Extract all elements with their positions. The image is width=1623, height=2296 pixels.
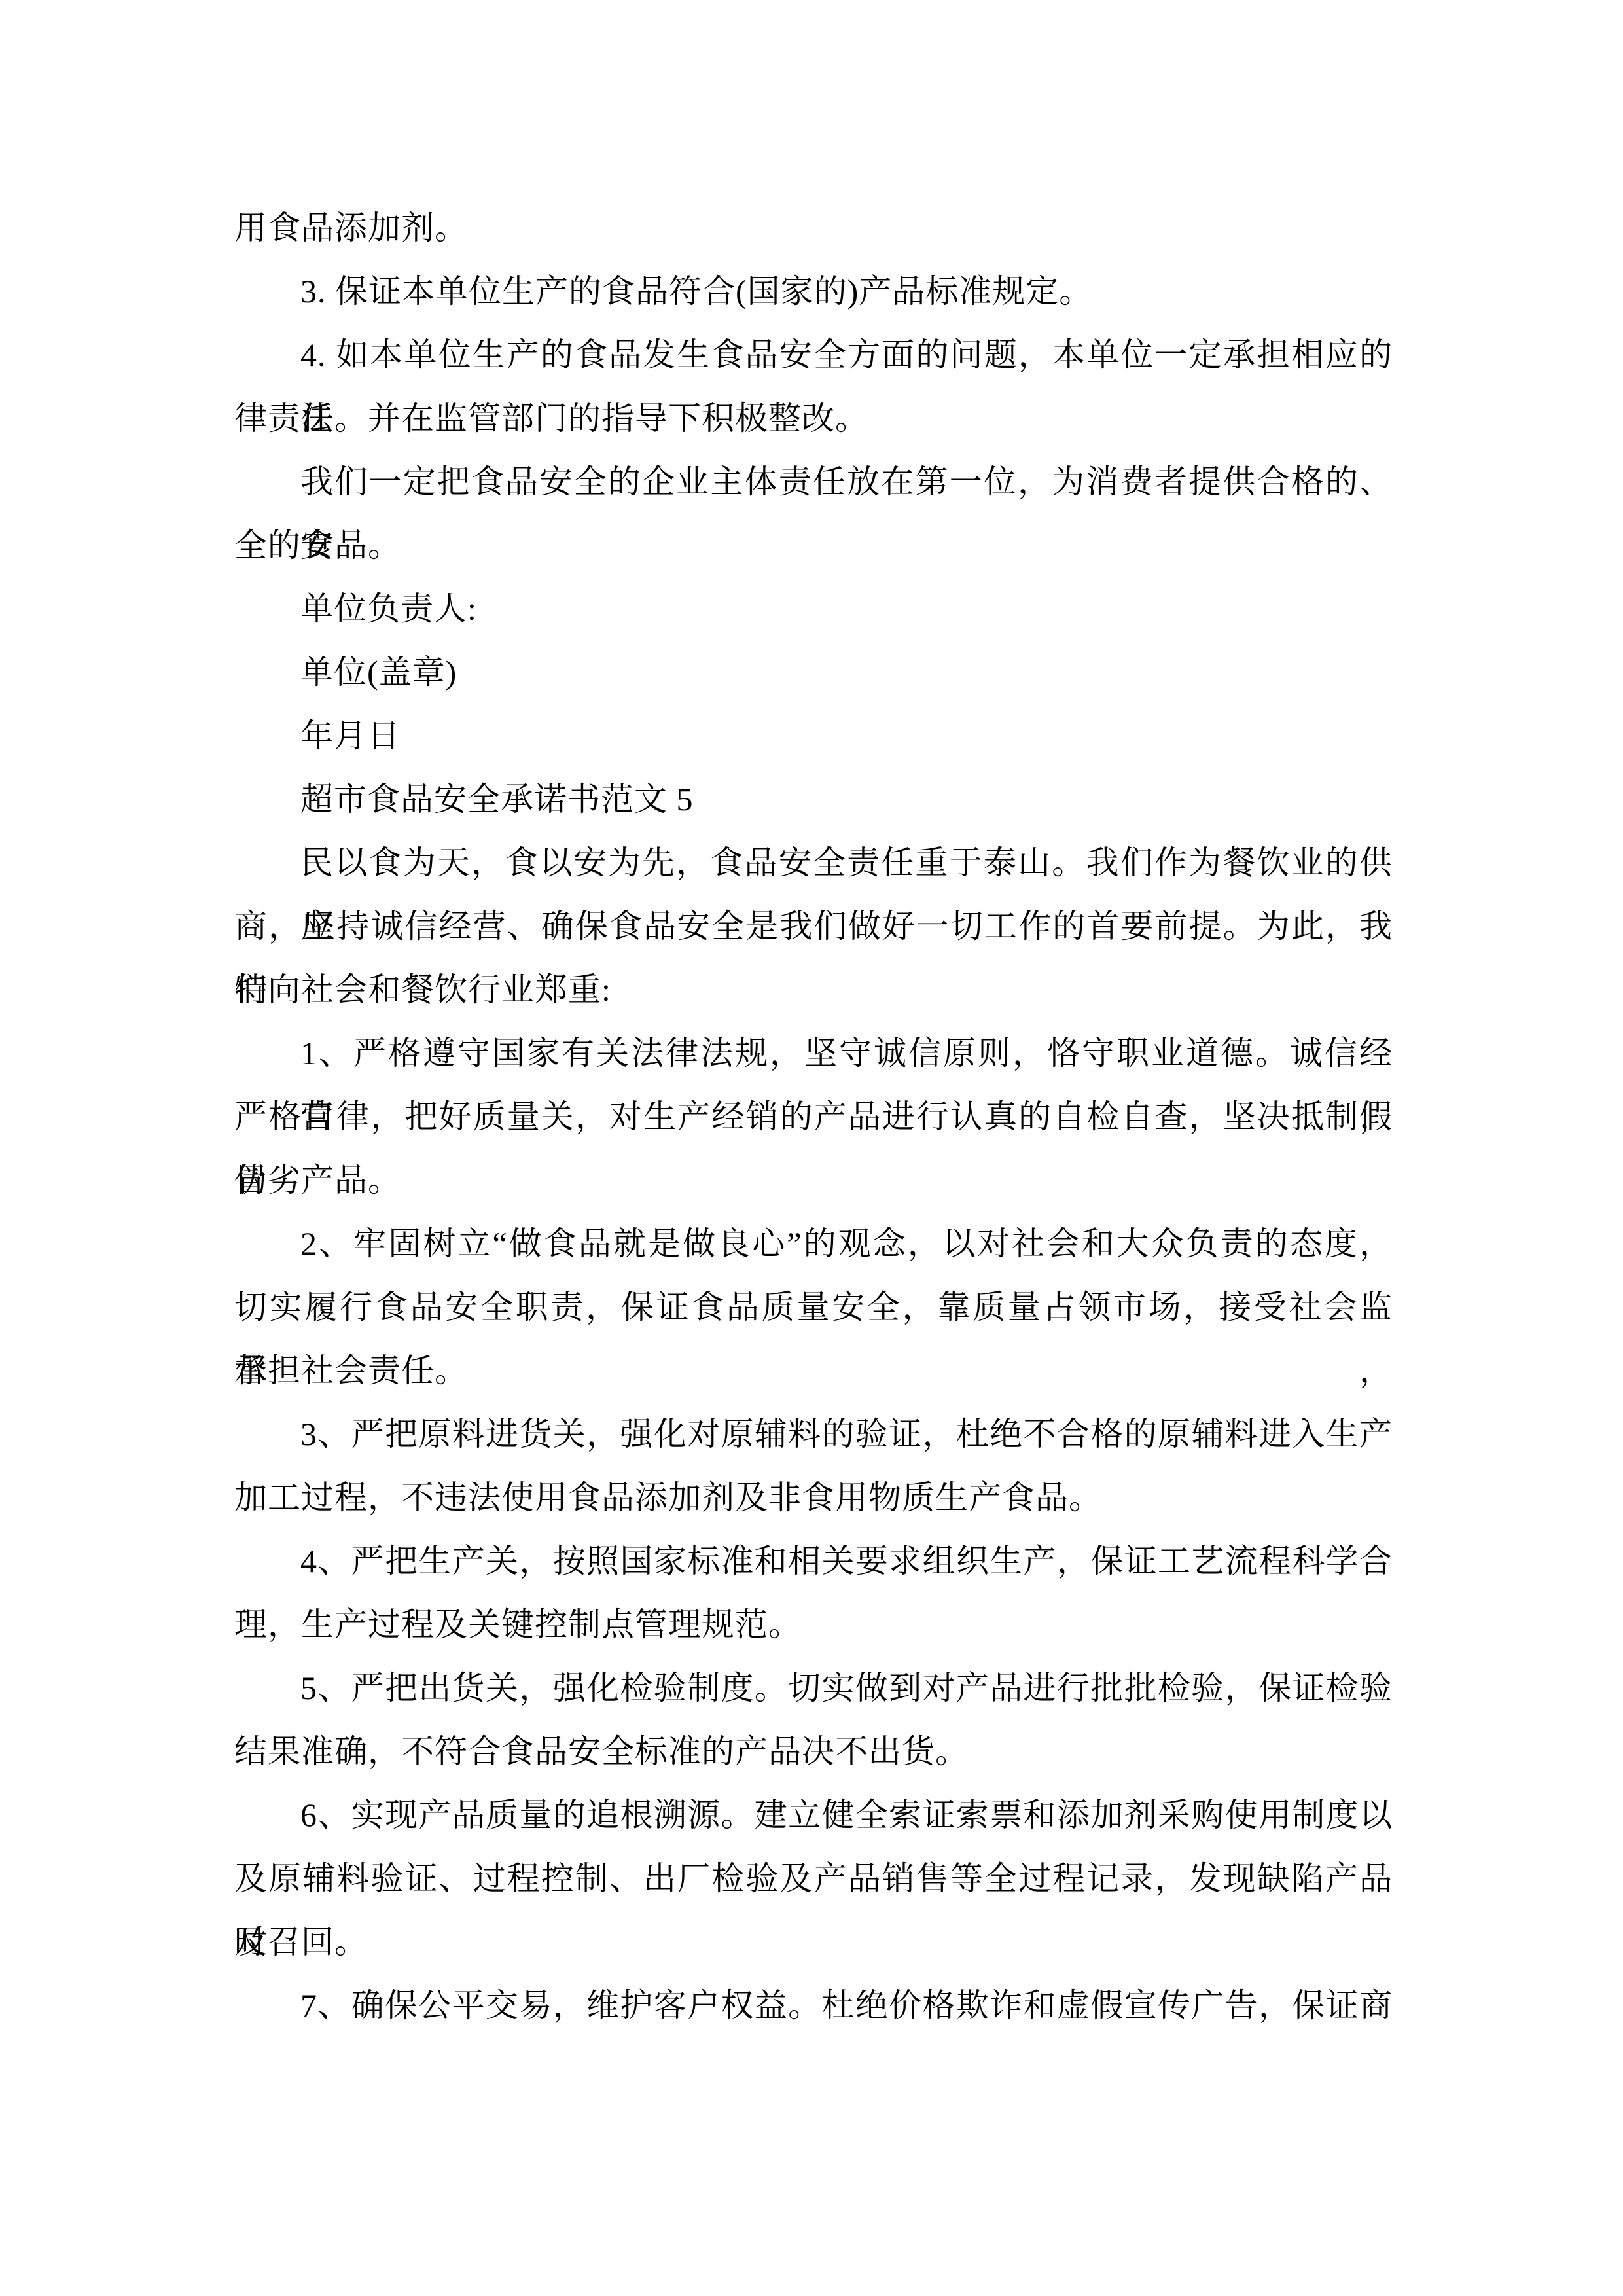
text-line: 6、实现产品质量的追根溯源。建立健全索证索票和添加剂采购使用制度以 xyxy=(234,1784,1393,1847)
signature-line-unit-seal: 单位(盖章) xyxy=(234,641,1393,704)
text-line: 时召回。 xyxy=(234,1910,1393,1974)
text-line: 全的食品。 xyxy=(234,514,1393,577)
text-line: 切实履行食品安全职责，保证食品质量安全，靠质量占领市场，接受社会监督， xyxy=(234,1276,1393,1339)
text-line: 4、严把生产关，按照国家标准和相关要求组织生产，保证工艺流程科学合 xyxy=(234,1530,1393,1593)
document-page: 用食品添加剂。 3. 保证本单位生产的食品符合(国家的)产品标准规定。 4. 如… xyxy=(0,0,1623,2296)
text-line: 1、严格遵守国家有关法律法规，坚守诚信原则，恪守职业道德。诚信经营， xyxy=(234,1022,1393,1085)
text-line: 特向社会和餐饮行业郑重: xyxy=(234,958,1393,1022)
text-line: 及原辅料验证、过程控制、出厂检验及产品销售等全过程记录，发现缺陷产品及 xyxy=(234,1847,1393,1910)
text-line: 严格自律，把好质量关，对生产经销的产品进行认真的自检自查，坚决抵制假冒 xyxy=(234,1085,1393,1149)
text-line: 商，坚持诚信经营、确保食品安全是我们做好一切工作的首要前提。为此，我们 xyxy=(234,895,1393,958)
text-line: 3. 保证本单位生产的食品符合(国家的)产品标准规定。 xyxy=(234,260,1393,323)
text-line: 3、严把原料进货关，强化对原辅料的验证，杜绝不合格的原辅料进入生产 xyxy=(234,1403,1393,1466)
text-line: 伪劣产品。 xyxy=(234,1149,1393,1212)
text-line: 理，生产过程及关键控制点管理规范。 xyxy=(234,1593,1393,1657)
text-line: 用食品添加剂。 xyxy=(234,196,1393,260)
signature-line-responsible-person: 单位负责人: xyxy=(234,577,1393,641)
text-line: 2、牢固树立“做食品就是做良心”的观念，以对社会和大众负责的态度， xyxy=(234,1212,1393,1276)
text-line: 结果准确，不符合食品安全标准的产品决不出货。 xyxy=(234,1720,1393,1784)
text-line: 加工过程，不违法使用食品添加剂及非食用物质生产食品。 xyxy=(234,1466,1393,1530)
text-line: 7、确保公平交易，维护客户权益。杜绝价格欺诈和虚假宣传广告，保证商 xyxy=(234,1974,1393,2037)
section-heading: 超市食品安全承诺书范文 5 xyxy=(234,768,1393,831)
text-line: 我们一定把食品安全的企业主体责任放在第一位，为消费者提供合格的、安 xyxy=(234,450,1393,514)
text-line: 5、严把出货关，强化检验制度。切实做到对产品进行批批检验，保证检验 xyxy=(234,1657,1393,1720)
signature-line-date: 年月日 xyxy=(234,704,1393,768)
text-line: 4. 如本单位生产的食品发生食品安全方面的问题，本单位一定承担相应的法 xyxy=(234,323,1393,387)
text-line: 律责任。并在监管部门的指导下积极整改。 xyxy=(234,387,1393,450)
text-line: 民以食为天，食以安为先，食品安全责任重于泰山。我们作为餐饮业的供应 xyxy=(234,831,1393,895)
document-text-block: 用食品添加剂。 3. 保证本单位生产的食品符合(国家的)产品标准规定。 4. 如… xyxy=(234,196,1393,2037)
